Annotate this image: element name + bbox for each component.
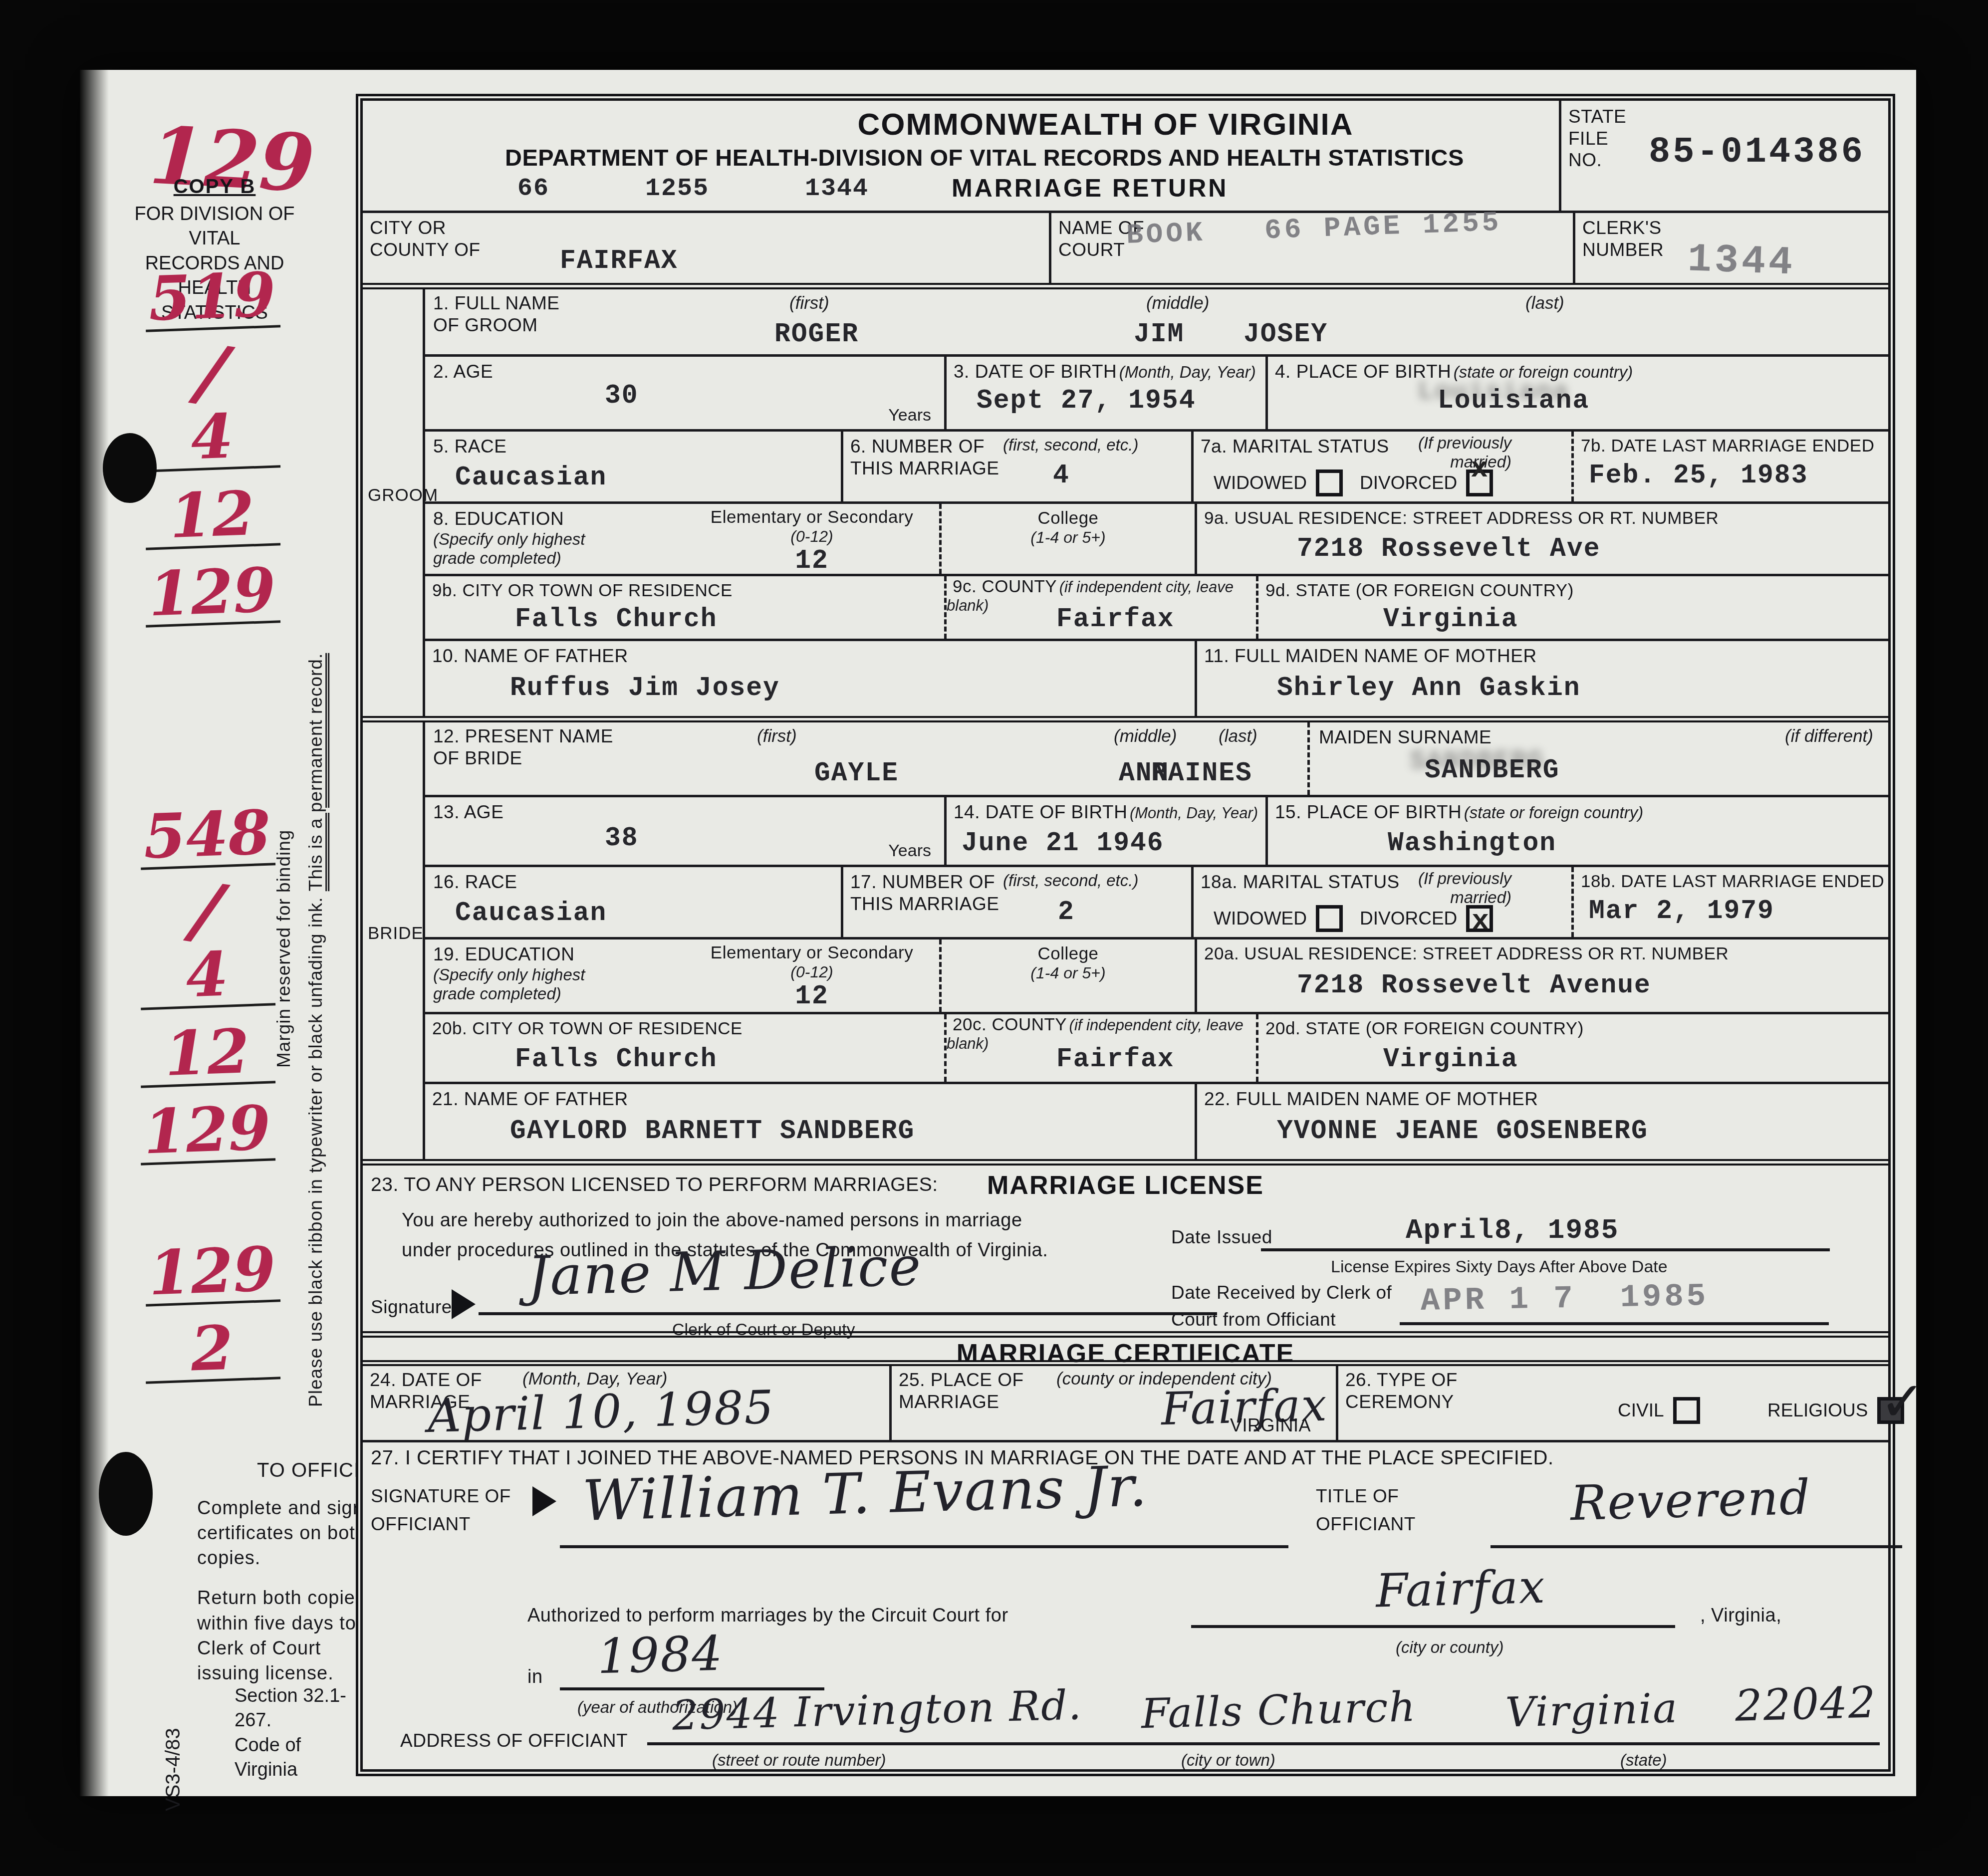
form-header: COMMONWEALTH OF VIRGINIA DEPARTMENT OF H… — [363, 101, 1888, 211]
received-date-stamp: APR 1 7 1985 — [1420, 1279, 1709, 1320]
bride-section-label: BRIDE — [363, 722, 425, 1159]
groom-age-cell: 2. AGE 30 Years — [425, 357, 944, 429]
groom-mother-cell: 11. FULL MAIDEN NAME OF MOTHER Shirley A… — [1195, 641, 1888, 716]
state-qualifier: (state) — [1620, 1751, 1667, 1770]
widowed-label: WIDOWED — [1214, 908, 1307, 929]
bride-county-cell: 20c. COUNTY (if independent city, leave … — [944, 1014, 1256, 1082]
civil-checkbox — [1673, 1397, 1700, 1424]
bride-marital-cell: 18a. MARITAL STATUS (If previously marri… — [1191, 867, 1571, 937]
left-margin: 129 COPY B FOR DIVISION OF VITAL RECORDS… — [80, 70, 362, 1796]
margin-stack-b: 548 / 4 12 129 — [140, 803, 274, 1176]
city-qualifier: (city or town) — [1181, 1751, 1275, 1770]
bride-label-text: BRIDE — [368, 924, 424, 943]
middle-qualifier: (middle) — [1114, 726, 1177, 746]
groom-number-value: 4 — [1053, 461, 1070, 490]
bride-race-row: 16. RACE Caucasian 17. NUMBER OF THIS MA… — [425, 865, 1888, 937]
bride-maiden-cell: MAIDEN SURNAME (if different) SANDBERG S… — [1307, 722, 1888, 795]
bride-mother-value: YVONNE JEANE GOSENBERG — [1277, 1116, 1648, 1146]
last-qualifier: (last) — [1525, 293, 1564, 313]
bride-city-value: Falls Church — [515, 1044, 718, 1074]
margin-number: 4 — [144, 404, 280, 473]
groom-education-label: 8. EDUCATION — [433, 508, 564, 530]
groom-birth-row: 2. AGE 30 Years 3. DATE OF BIRTH (Month,… — [425, 354, 1888, 429]
certificate-heading-bar: MARRIAGE CERTIFICATE — [363, 1331, 1888, 1360]
groom-city-label: 9b. CITY OR TOWN OF RESIDENCE — [432, 580, 733, 601]
groom-first-name: ROGER — [774, 319, 859, 349]
bride-name-row: 12. PRESENT NAME OF BRIDE (first) (middl… — [425, 722, 1888, 795]
bride-parents-row: 21. NAME OF FATHER GAYLORD BARNETT SANDB… — [425, 1082, 1888, 1159]
ink-note-text: Please use black ribbon in typewriter or… — [305, 891, 326, 1407]
civil-option: CIVIL — [1618, 1397, 1700, 1424]
groom-city-row: 9b. CITY OR TOWN OF RESIDENCE Falls Chur… — [425, 574, 1888, 639]
city-court-row: CITY OR COUNTY OF FAIRFAX NAME OF COURT … — [363, 211, 1888, 283]
first-qualifier: (first) — [757, 726, 797, 746]
bride-state-label: 20d. STATE (OR FOREIGN COUNTRY) — [1265, 1018, 1584, 1039]
city-county-value: FAIRFAX — [560, 246, 678, 276]
groom-race-row: 5. RACE Caucasian 6. NUMBER OF THIS MARR… — [425, 429, 1888, 501]
marital-qualifier: (If previously married) — [1418, 434, 1511, 471]
widowed-option: WIDOWED — [1214, 905, 1343, 932]
education-qualifier: (Specify only highest grade completed) — [433, 965, 585, 1003]
groom-age-value: 30 — [605, 381, 639, 411]
divorced-option: DIVORCEDx — [1360, 905, 1493, 932]
maiden-surname-label: MAIDEN SURNAME — [1319, 726, 1491, 748]
authorized-text: Authorized to perform marriages by the C… — [527, 1605, 1008, 1627]
groom-ended-cell: 7b. DATE LAST MARRIAGE ENDED Feb. 25, 19… — [1571, 432, 1888, 501]
address-state-script: Virginia — [1505, 1684, 1679, 1736]
groom-county-cell: 9c. COUNTY (if independent city, leave b… — [944, 576, 1256, 639]
widowed-option: WIDOWED — [1214, 469, 1343, 496]
marital-qualifier: (If previously married) — [1418, 869, 1511, 907]
elementary-block: Elementary or Secondary (0-12) 12 — [690, 507, 934, 576]
widowed-checkbox — [1316, 469, 1343, 496]
form-title: COMMONWEALTH OF VIRGINIA — [858, 107, 1354, 142]
book-page-stamp: BOOK 66 PAGE 1255 — [1126, 207, 1502, 251]
groom-race-cell: 5. RACE Caucasian — [425, 432, 841, 501]
bride-education-row: 19. EDUCATION (Specify only highest grad… — [425, 937, 1888, 1012]
bride-name-cell: 12. PRESENT NAME OF BRIDE (first) (middl… — [425, 722, 1307, 795]
ceremony-type-cell: 26. TYPE OF CEREMONY CIVIL RELIGIOUS✓ — [1336, 1366, 1888, 1440]
groom-marital-cell: 7a. MARITAL STATUS (If previously marrie… — [1191, 432, 1571, 501]
margin-number: 12 — [144, 481, 280, 550]
certificate-row: 24. DATE OF MARRIAGE (Month, Day, Year) … — [363, 1360, 1888, 1440]
date-received-label: Date Received by Clerk of Court from Off… — [1171, 1279, 1392, 1333]
margin-stack-a: 519 / 4 12 129 — [145, 265, 279, 639]
pob-qualifier: (state or foreign country) — [1464, 803, 1644, 822]
margin-number: 548 — [139, 801, 275, 870]
arrow-icon — [452, 1289, 476, 1319]
groom-number-label: 6. NUMBER OF THIS MARRIAGE — [850, 436, 999, 479]
state-file-number: 85-014386 — [1649, 132, 1865, 173]
college-label: College — [942, 508, 1195, 528]
years-caption: Years — [888, 406, 931, 425]
bride-pob-label: 15. PLACE OF BIRTH — [1275, 801, 1462, 823]
widowed-checkbox — [1316, 905, 1343, 932]
elementary-label: Elementary or Secondary — [690, 507, 934, 527]
groom-elementary-value: 12 — [690, 546, 934, 576]
bride-maiden-value: SANDBERG — [1425, 755, 1559, 785]
bride-dob-cell: 14. DATE OF BIRTH (Month, Day, Year) Jun… — [944, 797, 1265, 865]
marriage-place-cell: 25. PLACE OF MARRIAGE (county or indepen… — [889, 1366, 1336, 1440]
groom-name-label: 1. FULL NAME OF GROOM — [433, 292, 559, 336]
groom-father-value: Ruffus Jim Josey — [510, 673, 780, 703]
bride-section: BRIDE 12. PRESENT NAME OF BRIDE (first) … — [363, 716, 1888, 1159]
groom-residence-label: 9a. USUAL RESIDENCE: STREET ADDRESS OR R… — [1204, 508, 1719, 528]
form-subtitle: DEPARTMENT OF HEALTH-DIVISION OF VITAL R… — [505, 144, 1464, 171]
widowed-label: WIDOWED — [1214, 472, 1307, 493]
date-issued-label: Date Issued — [1171, 1226, 1272, 1248]
number-qualifier: (first, second, etc.) — [1003, 436, 1138, 455]
groom-education-cell: 8. EDUCATION (Specify only highest grade… — [425, 504, 939, 574]
margin-number: 519 — [144, 263, 280, 332]
bride-education-cell: 19. EDUCATION (Specify only highest grad… — [425, 939, 939, 1012]
groom-section: GROOM 1. FULL NAME OF GROOM (first) (mid… — [363, 283, 1888, 716]
officiant-title-label: TITLE OF OFFICIANT — [1316, 1482, 1416, 1538]
bride-city-label: 20b. CITY OR TOWN OF RESIDENCE — [432, 1018, 743, 1039]
groom-city-cell: 9b. CITY OR TOWN OF RESIDENCE Falls Chur… — [425, 576, 944, 639]
bride-race-cell: 16. RACE Caucasian — [425, 867, 841, 937]
bride-father-value: GAYLORD BARNETT SANDBERG — [510, 1116, 915, 1146]
divorced-checkbox: x — [1466, 905, 1493, 932]
officiant-address-label: ADDRESS OF OFFICIANT — [400, 1730, 628, 1752]
bride-ended-cell: 18b. DATE LAST MARRIAGE ENDED Mar 2, 197… — [1571, 867, 1888, 937]
last-qualifier: (last) — [1219, 726, 1257, 746]
bride-pob-value: Washington — [1388, 828, 1556, 858]
clerk-number-stamp: 1344 — [1687, 237, 1796, 286]
bride-state-cell: 20d. STATE (OR FOREIGN COUNTRY) Virginia — [1256, 1014, 1888, 1082]
bride-name-label: 12. PRESENT NAME OF BRIDE — [433, 725, 613, 769]
city-county-label: CITY OR COUNTY OF — [370, 217, 481, 260]
license-heading: MARRIAGE LICENSE — [987, 1171, 1264, 1200]
groom-state-value: Virginia — [1383, 604, 1518, 634]
divorced-option: DIVORCEDx — [1360, 469, 1493, 496]
groom-marital-label: 7a. MARITAL STATUS — [1201, 436, 1389, 458]
clerk-signature-script: Jane M Delice — [526, 1235, 922, 1308]
bride-city-cell: 20b. CITY OR TOWN OF RESIDENCE Falls Chu… — [425, 1014, 944, 1082]
groom-pob-value: Louisiana — [1438, 386, 1589, 416]
license-item-label: 23. TO ANY PERSON LICENSED TO PERFORM MA… — [371, 1173, 938, 1196]
ceremony-type-label: 26. TYPE OF CEREMONY — [1345, 1369, 1458, 1412]
code-reference: Section 32.1-267. Code of Virginia — [235, 1684, 362, 1783]
groom-dob-cell: 3. DATE OF BIRTH (Month, Day, Year) Sept… — [944, 357, 1265, 429]
margin-number: 129 — [144, 1237, 280, 1307]
groom-mother-label: 11. FULL MAIDEN NAME OF MOTHER — [1204, 645, 1537, 667]
bride-age-value: 38 — [605, 823, 639, 853]
bride-race-value: Caucasian — [455, 898, 607, 928]
elementary-block: Elementary or Secondary (0-12) 12 — [690, 942, 934, 1011]
groom-city-value: Falls Church — [515, 604, 718, 634]
bride-city-row: 20b. CITY OR TOWN OF RESIDENCE Falls Chu… — [425, 1012, 1888, 1082]
groom-father-label: 10. NAME OF FATHER — [432, 645, 628, 667]
groom-ended-value: Feb. 25, 1983 — [1589, 461, 1808, 490]
bride-last-name: RAINES — [1151, 758, 1252, 788]
margin-number: 4 — [139, 941, 275, 1011]
bride-race-label: 16. RACE — [433, 871, 517, 893]
groom-education-row: 8. EDUCATION (Specify only highest grade… — [425, 501, 1888, 574]
ink-note: Please use black ribbon in typewriter or… — [305, 234, 326, 1407]
groom-county-value: Fairfax — [1056, 604, 1175, 634]
date-issued-value: April8, 1985 — [1406, 1214, 1619, 1246]
copy-label: COPY B — [107, 176, 322, 198]
divorced-label: DIVORCED — [1360, 472, 1457, 493]
in-label: in — [527, 1666, 543, 1688]
marriage-return-form: COMMONWEALTH OF VIRGINIA DEPARTMENT OF H… — [356, 94, 1895, 1776]
bride-residence-value: 7218 Rossevelt Avenue — [1297, 970, 1651, 1000]
certificate-heading: MARRIAGE CERTIFICATE — [957, 1339, 1294, 1369]
bride-age-label: 13. AGE — [433, 801, 503, 823]
bride-dob-value: June 21 1946 — [962, 828, 1164, 858]
elementary-range: (0-12) — [690, 527, 934, 546]
groom-ended-label: 7b. DATE LAST MARRIAGE ENDED — [1581, 436, 1874, 456]
groom-last-name: JOSEY — [1243, 319, 1328, 349]
margin-number: 129 — [139, 1097, 275, 1166]
bride-number-label: 17. NUMBER OF THIS MARRIAGE — [850, 871, 999, 915]
civil-label: CIVIL — [1618, 1400, 1664, 1421]
groom-middle-name: JIM — [1134, 319, 1184, 349]
bride-marital-label: 18a. MARITAL STATUS — [1201, 871, 1400, 893]
license-auth-line1: You are hereby authorized to join the ab… — [402, 1209, 1022, 1232]
groom-parents-row: 10. NAME OF FATHER Ruffus Jim Josey 11. … — [425, 639, 1888, 716]
groom-college-cell: College (1-4 or 5+) — [939, 504, 1195, 574]
religious-option: RELIGIOUS✓ — [1767, 1397, 1904, 1424]
form-code: VS3-4/83 — [162, 1646, 185, 1811]
clerk-number-label: CLERK'S NUMBER — [1582, 217, 1664, 260]
college-range: (1-4 or 5+) — [942, 964, 1195, 982]
maiden-qualifier: (if different) — [1785, 726, 1873, 746]
bride-number-value: 2 — [1058, 897, 1075, 927]
bride-birth-row: 13. AGE 38 Years 14. DATE OF BIRTH (Mont… — [425, 795, 1888, 865]
marriage-license-section: MARRIAGE LICENSE 23. TO ANY PERSON LICEN… — [363, 1159, 1888, 1331]
bride-residence-cell: 20a. USUAL RESIDENCE: STREET ADDRESS OR … — [1195, 939, 1888, 1012]
groom-pob-cell: 4. PLACE OF BIRTH (state or foreign coun… — [1265, 357, 1888, 429]
bride-college-cell: College (1-4 or 5+) — [939, 939, 1195, 1012]
bride-father-cell: 21. NAME OF FATHER GAYLORD BARNETT SANDB… — [425, 1084, 1195, 1159]
margin-stack-c: 129 2 — [145, 1240, 279, 1395]
court-cell: NAME OF COURT BOOK 66 PAGE 1255 — [1049, 213, 1573, 283]
groom-name-row: 1. FULL NAME OF GROOM (first) (middle) (… — [425, 289, 1888, 354]
religious-label: RELIGIOUS — [1767, 1400, 1868, 1421]
clerk-number-cell: CLERK'S NUMBER 1344 — [1573, 213, 1888, 283]
marriage-date-cell: 24. DATE OF MARRIAGE (Month, Day, Year) … — [363, 1366, 889, 1440]
margin-number: 129 — [144, 559, 280, 628]
middle-qualifier: (middle) — [1146, 293, 1209, 313]
groom-section-label: GROOM — [363, 289, 425, 716]
dob-qualifier: (Month, Day, Year) — [1130, 804, 1258, 822]
first-qualifier: (first) — [789, 293, 829, 313]
elementary-range: (0-12) — [690, 963, 934, 981]
bride-pob-cell: 15. PLACE OF BIRTH (state or foreign cou… — [1265, 797, 1888, 865]
divorced-checkbox: x — [1466, 469, 1493, 496]
groom-residence-value: 7218 Rossevelt Ave — [1297, 534, 1601, 564]
marriage-place-state: VIRGINIA — [1230, 1415, 1311, 1436]
divorced-mark: x — [1471, 453, 1488, 485]
bride-dob-label: 14. DATE OF BIRTH — [954, 801, 1127, 823]
years-caption: Years — [888, 841, 931, 861]
authorized-suffix: , Virginia, — [1700, 1605, 1781, 1627]
groom-name-cell: 1. FULL NAME OF GROOM (first) (middle) (… — [425, 289, 1888, 354]
punch-hole-bottom — [99, 1452, 153, 1536]
groom-age-label: 2. AGE — [433, 361, 493, 383]
year-script: 1984 — [597, 1626, 724, 1685]
divorced-mark: x — [1472, 906, 1489, 938]
bride-residence-label: 20a. USUAL RESIDENCE: STREET ADDRESS OR … — [1204, 943, 1729, 964]
signature-label: Signature — [371, 1296, 452, 1318]
bride-marital-options: WIDOWED DIVORCEDx — [1214, 905, 1493, 932]
education-qualifier: (Specify only highest grade completed) — [433, 530, 585, 568]
state-file-box: STATE FILE NO. 85-014386 — [1559, 101, 1888, 211]
expires-note: License Expires Sixty Days After Above D… — [1331, 1257, 1668, 1277]
number-qualifier: (first, second, etc.) — [1003, 871, 1138, 890]
divorced-label: DIVORCED — [1360, 908, 1457, 929]
authorized-place-script: Fairfax — [1375, 1560, 1546, 1618]
college-range: (1-4 or 5+) — [942, 528, 1195, 547]
groom-race-value: Caucasian — [455, 463, 607, 492]
groom-county-label: 9c. COUNTY — [953, 577, 1057, 596]
officiant-certification-section: 27. I CERTIFY THAT I JOINED THE ABOVE-NA… — [363, 1440, 1888, 1770]
groom-residence-cell: 9a. USUAL RESIDENCE: STREET ADDRESS OR R… — [1195, 504, 1888, 574]
bride-education-label: 19. EDUCATION — [433, 943, 574, 965]
religious-mark: ✓ — [1880, 1370, 1926, 1433]
religious-checkbox: ✓ — [1877, 1397, 1904, 1424]
bride-ended-label: 18b. DATE LAST MARRIAGE ENDED — [1581, 871, 1884, 892]
bride-marriage-number-cell: 17. NUMBER OF THIS MARRIAGE (first, seco… — [841, 867, 1191, 937]
groom-marital-options: WIDOWED DIVORCEDx — [1214, 469, 1493, 496]
permanent-record-note: This is a permanent record. — [305, 653, 326, 891]
margin-number: 12 — [139, 1019, 275, 1088]
officiant-signature-label: SIGNATURE OF OFFICIANT — [371, 1482, 511, 1538]
groom-dob-label: 3. DATE OF BIRTH — [954, 361, 1117, 383]
marriage-date-value: April 10, 1985 — [427, 1381, 775, 1443]
elementary-label: Elementary or Secondary — [690, 942, 934, 963]
bride-mother-label: 22. FULL MAIDEN NAME OF MOTHER — [1204, 1088, 1538, 1110]
bride-age-cell: 13. AGE 38 Years — [425, 797, 944, 865]
bride-county-label: 20c. COUNTY — [953, 1015, 1067, 1034]
groom-dob-value: Sept 27, 1954 — [977, 386, 1196, 416]
groom-state-label: 9d. STATE (OR FOREIGN COUNTRY) — [1265, 580, 1574, 601]
groom-race-label: 5. RACE — [433, 436, 506, 458]
bride-ended-value: Mar 2, 1979 — [1589, 896, 1774, 926]
bride-first-name: GAYLE — [814, 758, 899, 788]
groom-mother-value: Shirley Ann Gaskin — [1277, 673, 1581, 703]
bride-elementary-value: 12 — [690, 981, 934, 1011]
groom-state-cell: 9d. STATE (OR FOREIGN COUNTRY) Virginia — [1256, 576, 1888, 639]
bride-mother-cell: 22. FULL MAIDEN NAME OF MOTHER YVONNE JE… — [1195, 1084, 1888, 1159]
arrow-icon — [532, 1486, 556, 1516]
street-qualifier: (street or route number) — [712, 1751, 886, 1770]
marriage-place-label: 25. PLACE OF MARRIAGE — [899, 1369, 1024, 1412]
officiant-title-script: Reverend — [1570, 1469, 1812, 1532]
typed-index-numbers: 66 1255 1344 — [517, 175, 869, 203]
state-file-label: STATE FILE NO. — [1568, 106, 1626, 171]
punch-hole-top — [103, 433, 157, 503]
college-label: College — [942, 943, 1195, 964]
bride-county-value: Fairfax — [1056, 1044, 1175, 1074]
margin-number: 2 — [144, 1315, 280, 1385]
dob-qualifier: (Month, Day, Year) — [1119, 363, 1256, 381]
certificate-paper: 129 COPY B FOR DIVISION OF VITAL RECORDS… — [80, 70, 1916, 1796]
address-zip-script: 22042 — [1735, 1677, 1877, 1731]
binding-note: Margin reserved for binding — [273, 579, 294, 1068]
authorized-place-qualifier: (city or county) — [1396, 1638, 1503, 1657]
city-county-cell: CITY OR COUNTY OF FAIRFAX — [363, 213, 1049, 283]
bride-state-value: Virginia — [1383, 1044, 1518, 1074]
bride-father-label: 21. NAME OF FATHER — [432, 1088, 628, 1110]
address-city-script: Falls Church — [1141, 1683, 1417, 1738]
groom-marriage-number-cell: 6. NUMBER OF THIS MARRIAGE (first, secon… — [841, 432, 1191, 501]
form-doc-type: MARRIAGE RETURN — [952, 174, 1228, 203]
scanned-document: 129 COPY B FOR DIVISION OF VITAL RECORDS… — [0, 0, 1988, 1876]
groom-father-cell: 10. NAME OF FATHER Ruffus Jim Josey — [425, 641, 1195, 716]
